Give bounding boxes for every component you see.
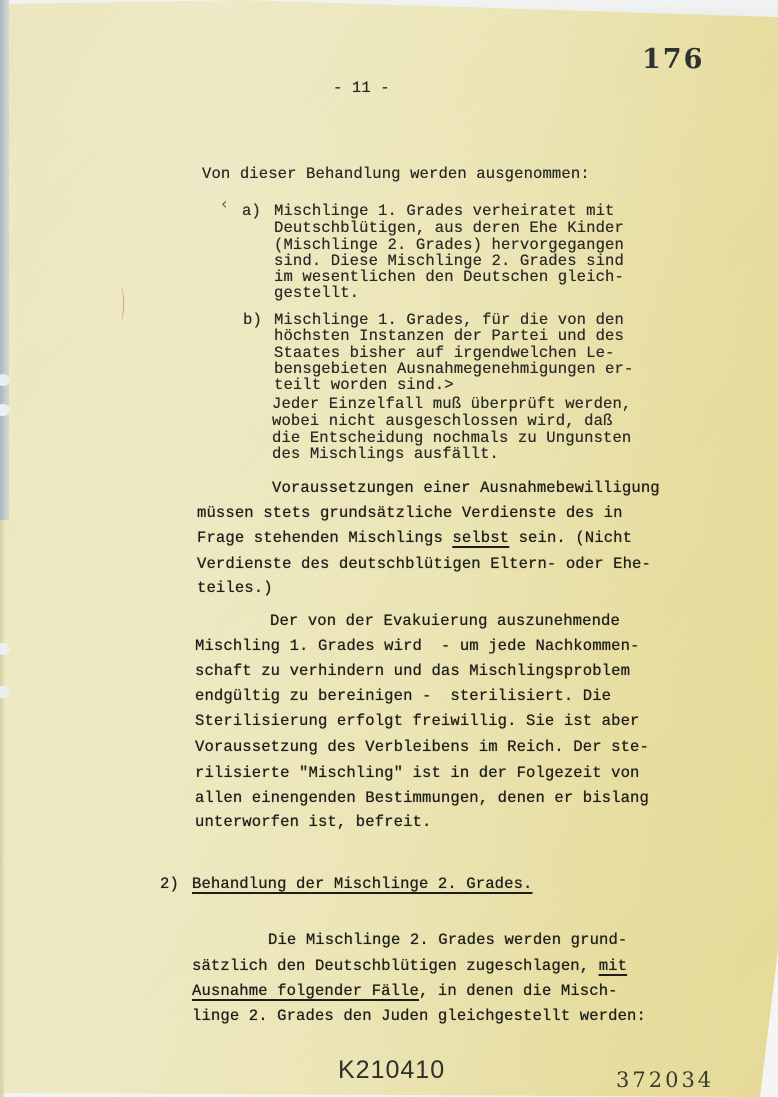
item-a-label: a)	[242, 203, 261, 219]
paragraph-line: endgültig zu bereinigen - sterilisiert. …	[195, 688, 611, 704]
paragraph-line: Ausnahme folgender Fälle, in denen die M…	[192, 983, 618, 999]
archive-stamp-number: 176	[642, 44, 704, 75]
binding-strip	[0, 0, 9, 520]
paragraph-line: sätzlich den Deutschblütigen zugeschlage…	[192, 958, 627, 974]
section-heading: Behandlung der Mischlinge 2. Grades.	[192, 876, 532, 892]
underlined-emphasis: selbst	[452, 529, 509, 547]
paragraph-line: Mischling 1. Grades wird - um jede Nachk…	[195, 638, 640, 654]
text-run: , in denen die Misch-	[419, 982, 618, 1000]
item-b-line: Mischlinge 1. Grades, für die von den	[274, 312, 624, 328]
item-b-line: Staates bisher auf irgendwelchen Le-	[274, 345, 614, 361]
paragraph-line: Die Mischlinge 2. Grades werden grund-	[268, 932, 627, 948]
text-run: sein. (Nicht	[509, 529, 632, 547]
paragraph-line: rilisierte "Mischling" ist in der Folgez…	[195, 765, 640, 781]
paragraph-line: Frage stehenden Mischlings selbst sein. …	[197, 530, 632, 546]
paragraph-line: linge 2. Grades den Juden gleichgestellt…	[192, 1008, 646, 1024]
pencil-mark	[117, 286, 124, 322]
item-a-line: sind. Diese Mischlinge 2. Grades sind	[274, 253, 624, 269]
paragraph-line: müssen stets grundsätzliche Verdienste d…	[197, 505, 623, 521]
document-code: K210410	[338, 1056, 445, 1085]
page-marker: - 11 -	[333, 80, 390, 96]
item-b-line: teilt worden sind.>	[274, 377, 454, 393]
item-b-line: Jeder Einzelfall muß überprüft werden,	[272, 396, 631, 412]
underlined-emphasis: Ausnahme folgender Fälle	[192, 982, 419, 1000]
item-b-line: wobei nicht ausgeschlossen wird, daß	[272, 413, 612, 429]
paragraph-line: unterworfen ist, befreit.	[195, 814, 431, 830]
item-a-line: (Mischlinge 2. Grades) hervorgegangen	[274, 237, 624, 253]
underlined-emphasis: mit	[599, 957, 627, 975]
text-run: Frage stehenden Mischlings	[197, 529, 452, 547]
item-a-line: im wesentlichen den Deutschen gleich-	[274, 269, 624, 285]
item-a-line: Deutschblütigen, aus deren Ehe Kinder	[274, 220, 624, 236]
paragraph-line: allen einengenden Bestimmungen, denen er…	[195, 790, 649, 806]
text-run: sätzlich den Deutschblütigen zugeschlage…	[192, 957, 599, 975]
paragraph-line: Voraussetzungen einer Ausnahmebewilligun…	[272, 480, 660, 496]
item-b-line: des Mischlings ausfällt.	[272, 446, 499, 462]
item-b-line: bensgebieten Ausnahmegenehmigungen er-	[274, 361, 633, 377]
intro-line: Von dieser Behandlung werden ausgenommen…	[202, 166, 590, 182]
item-b-line: höchsten Instanzen der Partei und des	[274, 328, 624, 344]
bracket-mark-icon: ‹	[221, 194, 227, 213]
item-b-line: die Entscheidung nochmals zu Ungunsten	[272, 430, 631, 446]
binding-edge	[0, 520, 4, 1097]
section-number: 2)	[160, 876, 179, 892]
item-a-line: Mischlinge 1. Grades verheiratet mit	[274, 203, 614, 219]
paragraph-line: teiles.)	[197, 580, 273, 596]
paragraph-line: Voraussetzung des Verbleibens im Reich. …	[195, 739, 649, 755]
serial-number: 372034	[616, 1068, 714, 1092]
paragraph-line: schaft zu verhindern und das Mischlingsp…	[195, 663, 630, 679]
paragraph-line: Sterilisierung erfolgt freiwillig. Sie i…	[195, 713, 640, 729]
paragraph-line: Der von der Evakuierung auszunehmende	[270, 613, 620, 629]
item-b-label: b)	[243, 312, 262, 328]
item-a-line: gestellt.	[274, 285, 359, 301]
paragraph-line: Verdienste des deutschblütigen Eltern- o…	[197, 556, 651, 572]
